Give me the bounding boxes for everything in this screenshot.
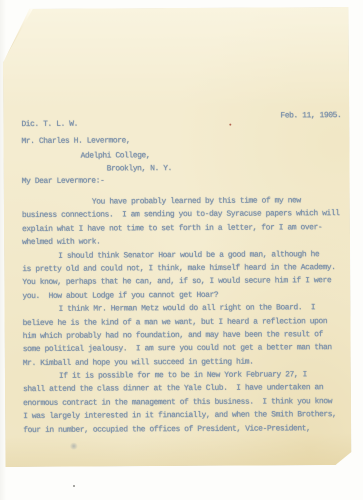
body-line: some political jealousy. I am sure you c…	[23, 341, 339, 356]
paper-speck	[229, 124, 231, 126]
body-line: explain what I have not time to set fort…	[22, 221, 338, 236]
body-line: You know, perhaps that he can, and, if s…	[22, 274, 338, 289]
scan-background: Feb. 11, 1905. Dic. T. L. W. Mr. Charles…	[0, 0, 363, 500]
body-line: four in number, occupied the offices of …	[23, 422, 339, 437]
dictation-initials: Dic. T. L. W.	[21, 120, 78, 129]
recipient-institution: Adelphi College,	[80, 151, 150, 160]
salutation: My Dear Levermore:-	[22, 176, 105, 186]
recipient-name: Mr. Charles H. Levermore,	[21, 136, 130, 146]
letter-body: You have probably learned by this time o…	[22, 194, 339, 437]
body-line: I think Mr. Herman Metz would do all rig…	[22, 301, 338, 316]
letter-paper: Feb. 11, 1905. Dic. T. L. W. Mr. Charles…	[3, 7, 352, 467]
recipient-city: Brooklyn, N. Y.	[107, 164, 172, 173]
letter-date: Feb. 11, 1905.	[280, 111, 341, 120]
background-speck	[73, 485, 75, 487]
ink-smudge	[69, 443, 78, 450]
folded-corner	[0, 6, 35, 69]
